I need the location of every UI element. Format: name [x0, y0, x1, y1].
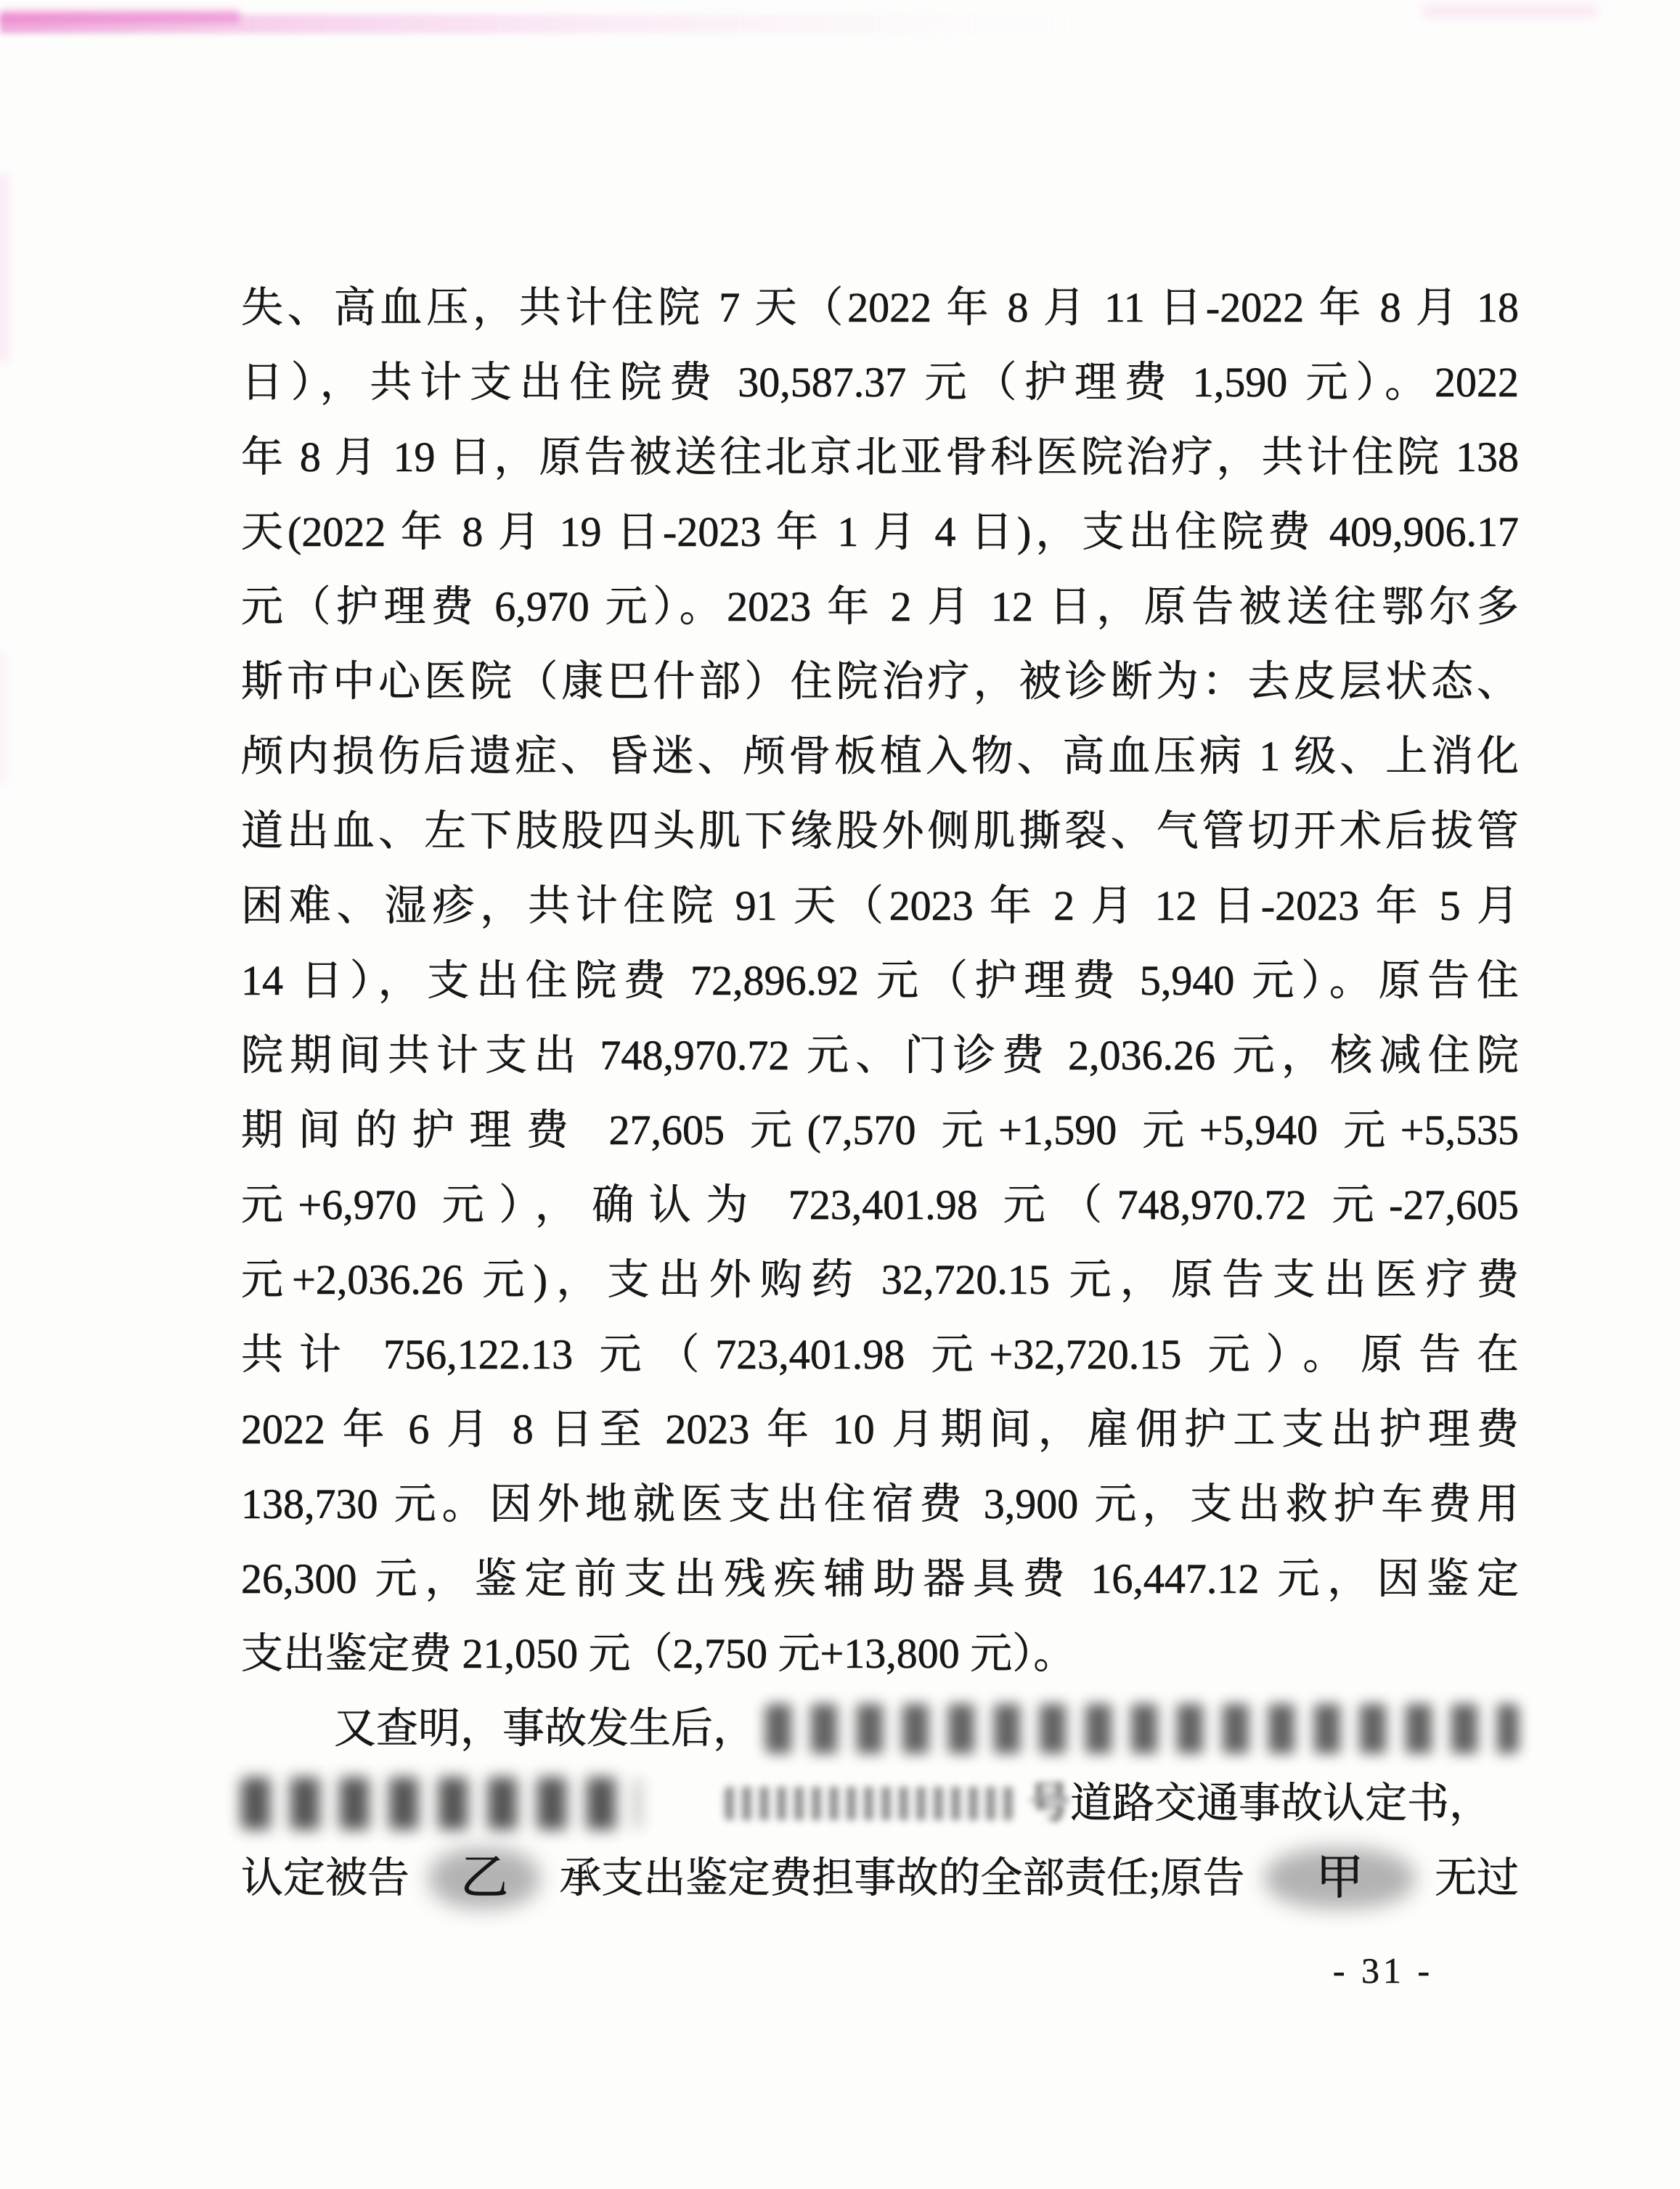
- body-text-line: 年 8 月 19 日，原告被送往北京北亚骨科医院治疗，共计住院 138: [241, 420, 1519, 494]
- scan-streak-top: [0, 15, 1075, 33]
- body-text-line: 2022 年 6 月 8 日至 2023 年 10 月期间，雇佣护工支出护理费: [241, 1392, 1519, 1467]
- body-text-line: 道出血、左下肢股四头肌下缘股外侧肌撕裂、气管切开术后拔管: [241, 794, 1519, 868]
- body-text-line: 元（护理费 6,970 元）。2023 年 2 月 12 日，原告被送往鄂尔多: [241, 569, 1519, 644]
- body-text-line: 颅内损伤后遗症、昏迷、颅骨板植入物、高血压病 1 级、上消化: [241, 719, 1519, 794]
- body-text-line: 14 日），支出住院费 72,896.92 元（护理费 5,940 元）。原告住: [241, 943, 1519, 1018]
- body-text-line-redacted: 又查明，事故发生后，: [241, 1691, 1519, 1766]
- body-text-line: 元+2,036.26 元)，支出外购药 32,720.15 元，原告支出医疗费: [241, 1242, 1519, 1317]
- scan-speck-top-right: [1423, 4, 1597, 17]
- body-text-line: 138,730 元。因外地就医支出住宿费 3,900 元，支出救护车费用: [241, 1467, 1519, 1541]
- body-text-line: 院期间共计支出 748,970.72 元、门诊费 2,036.26 元，核减住院: [241, 1018, 1519, 1093]
- scan-streak-top-left: [0, 10, 240, 23]
- defendant-alias-redaction: 乙: [433, 1842, 535, 1915]
- judgment-body-text: 失、高血压，共计住院 7 天（2022 年 8 月 11 日-2022 年 8 …: [241, 270, 1519, 1915]
- page-number: - 31 -: [1292, 1934, 1474, 2007]
- body-text-line: 支出鉴定费 21,050 元（2,750 元+13,800 元）。: [241, 1616, 1519, 1691]
- scan-smudge-left-lower: [0, 653, 6, 784]
- defendant-alias-label: 乙: [460, 1841, 508, 1915]
- finding-suffix-text: 无过: [1435, 1841, 1519, 1915]
- body-text-line: 共计 756,122.13 元（723,401.98 元+32,720.15 元…: [241, 1317, 1519, 1392]
- paragraph2-lead-text: 又查明，事故发生后，: [334, 1691, 755, 1766]
- body-text-line: 困难、湿疹，共计住院 91 天（2023 年 2 月 12 日-2023 年 5…: [241, 868, 1519, 943]
- body-text-line: 斯市中心医院（康巴什部）住院治疗，被诊断为：去皮层状态、: [241, 644, 1519, 719]
- finding-prefix-text: 认定被告: [241, 1841, 409, 1915]
- plaintiff-alias-redaction: 甲: [1269, 1842, 1411, 1915]
- accident-certificate-title: 道路交通事故认定书，: [1070, 1766, 1491, 1841]
- body-text-line: 26,300 元，鉴定前支出残疾辅助器具费 16,447.12 元，因鉴定: [241, 1541, 1519, 1616]
- body-text-line: 失、高血压，共计住院 7 天（2022 年 8 月 11 日-2022 年 8 …: [241, 270, 1519, 345]
- document-number-suffix: 号: [1028, 1766, 1070, 1841]
- body-text-line: 天(2022 年 8 月 19 日-2023 年 1 月 4 日)，支出住院费 …: [241, 494, 1519, 569]
- redacted-authority-name-blur: [765, 1704, 1519, 1753]
- redacted-unit-name-blur: [241, 1777, 639, 1830]
- body-text-line: 期间的护理费 27,605 元(7,570 元+1,590 元+5,940 元+…: [241, 1093, 1519, 1167]
- document-page: 失、高血压，共计住院 7 天（2022 年 8 月 11 日-2022 年 8 …: [0, 0, 1680, 2189]
- plaintiff-alias-label: 甲: [1316, 1841, 1363, 1915]
- body-text-line: 元+6,970 元），确认为 723,401.98 元（748,970.72 元…: [241, 1167, 1519, 1242]
- scan-smudge-left-upper: [0, 174, 9, 363]
- body-text-line: 日），共计支出住院费 30,587.37 元（护理费 1,590 元）。2022: [241, 345, 1519, 420]
- body-text-line-finding: 认定被告 乙 承支出鉴定费担事故的全部责任;原告 甲 无过: [241, 1841, 1519, 1915]
- finding-mid-text: 承支出鉴定费担事故的全部责任;原告: [559, 1841, 1244, 1915]
- body-text-line-redacted: 号 道路交通事故认定书，: [241, 1766, 1519, 1841]
- redacted-document-number-blur: [725, 1787, 1014, 1820]
